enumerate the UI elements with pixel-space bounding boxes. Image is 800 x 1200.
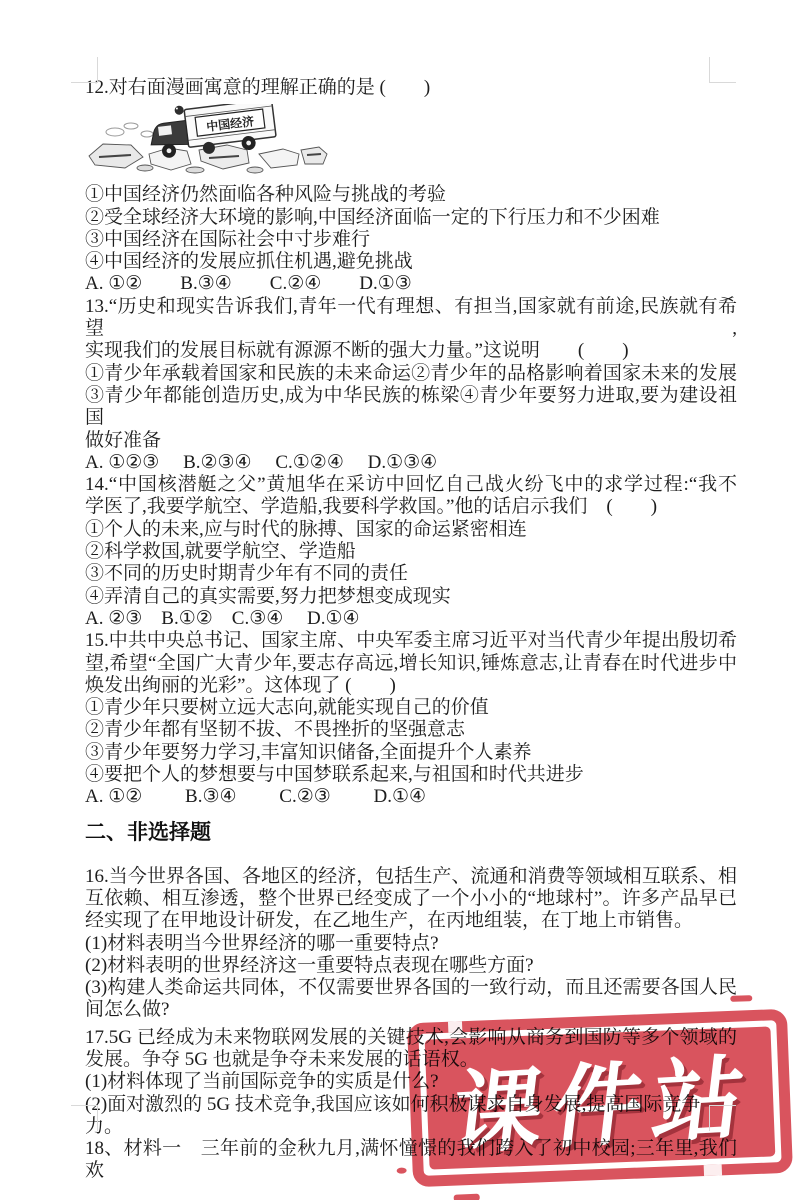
q13-items-line2: ③青少年都能创造历史,成为中华民族的栋梁④青少年要努力进取,要为建设祖国 bbox=[85, 385, 737, 430]
q15-stem-line3: 焕发出绚丽的光彩”。这体现了 ( ) bbox=[85, 675, 737, 697]
q13-items-line1: ①青少年承载着国家和民族的未来命运②青少年的品格影响着国家未来的发展 bbox=[85, 363, 737, 385]
section-2-heading: 二、非选择题 bbox=[85, 818, 737, 848]
q13-items-line3: 做好准备 bbox=[85, 430, 737, 452]
question-12: 12.对右面漫画寓意的理解正确的是 ( ) bbox=[85, 77, 737, 296]
question-14: 14.“中国核潜艇之父”黄旭华在采访中回忆自己战火纷飞中的求学过程:“我不 学医… bbox=[85, 474, 737, 630]
q16-sub-1: (1)材料表明当今世界经济的哪一重要特点? bbox=[85, 933, 737, 955]
q16-body-line1: 16.当今世界各国、各地区的经济，包括生产、流通和消费等领域相互联系、相 bbox=[85, 866, 737, 888]
exam-page: 12.对右面漫画寓意的理解正确的是 ( ) bbox=[0, 0, 800, 1200]
text-boundary-mark-top-left bbox=[71, 57, 98, 83]
q15-stem-line1: 15.中共中央总书记、国家主席、中央军委主席习近平对当代青少年提出殷切希 bbox=[85, 630, 737, 652]
q13-stem-line1: 13.“历史和现实告诉我们,青年一代有理想、有担当,国家就有前途,民族就有希望, bbox=[85, 296, 737, 341]
q12-options: A. ①② B.③④ C.②④ D.①③ bbox=[85, 273, 737, 295]
q14-item-2: ②科学救国,就要学航空、学造船 bbox=[85, 541, 737, 563]
text-boundary-mark-top-right bbox=[709, 57, 736, 83]
q12-stem: 12.对右面漫画寓意的理解正确的是 ( ) bbox=[85, 77, 737, 99]
question-15: 15.中共中央总书记、国家主席、中央军委主席习近平对当代青少年提出殷切希 望,希… bbox=[85, 630, 737, 808]
q12-item-4: ④中国经济的发展应抓住机遇,避免挑战 bbox=[85, 251, 737, 273]
q16-body-line3: 经实现了在甲地设计研发，在乙地生产，在丙地组装，在丁地上市销售。 bbox=[85, 910, 737, 932]
q16-sub-2: (2)材料表明的世界经济这一重要特点表现在哪些方面? bbox=[85, 955, 737, 977]
q14-item-4: ④弄清自己的真实需要,努力把梦想变成现实 bbox=[85, 586, 737, 608]
q12-cartoon: 中国经济 bbox=[85, 99, 737, 184]
q13-options: A. ①②③ B.②③④ C.①②④ D.①③④ bbox=[85, 452, 737, 474]
q15-options: A. ①② B.③④ C.②③ D.①④ bbox=[85, 786, 737, 808]
stamp-text: 课件站 bbox=[438, 1026, 762, 1169]
q16-body-line2: 互依赖、相互渗透，整个世界已经变成了一个小小的“地球村”。许多产品早已 bbox=[85, 888, 737, 910]
q15-stem-line2: 望,希望“全国广大青少年,要志存高远,增长知识,锤炼意志,让青春在时代进步中 bbox=[85, 653, 737, 675]
q14-stem-line1: 14.“中国核潜艇之父”黄旭华在采访中回忆自己战火纷飞中的求学过程:“我不 bbox=[85, 474, 737, 496]
stamp-inner-panel: 课件站 bbox=[425, 1026, 776, 1169]
question-13: 13.“历史和现实告诉我们,青年一代有理想、有担当,国家就有前途,民族就有希望,… bbox=[85, 296, 737, 474]
q14-options: A. ②③ B.①② C.③④ D.①④ bbox=[85, 608, 737, 630]
q15-item-4: ④要把个人的梦想要与中国梦联系起来,与祖国和时代共进步 bbox=[85, 764, 737, 786]
q13-stem-line2: 实现我们的发展目标就有源源不断的强大力量。”这说明 ( ) bbox=[85, 340, 737, 362]
q15-item-1: ①青少年只要树立远大志向,就能实现自己的价值 bbox=[85, 697, 737, 719]
text-boundary-mark-bottom-right bbox=[709, 1105, 736, 1131]
kejianzhan-watermark-stamp: 课件站 bbox=[407, 1009, 793, 1187]
question-16: 16.当今世界各国、各地区的经济，包括生产、流通和消费等领域相互联系、相 互依赖… bbox=[85, 866, 737, 1022]
stamp-ink-splat bbox=[454, 1194, 480, 1200]
q16-sub-3: (3)构建人类命运共同体，不仅需要世界各国的一致行动，而且还需要各国人民 bbox=[85, 977, 737, 999]
stamp-ink-splat bbox=[730, 995, 752, 1002]
q12-item-3: ③中国经济在国际社会中寸步难行 bbox=[85, 229, 737, 251]
q14-item-1: ①个人的未来,应与时代的脉搏、国家的命运紧密相连 bbox=[85, 519, 737, 541]
china-economy-truck-cartoon: 中国经济 bbox=[87, 104, 329, 174]
q15-item-2: ②青少年都有坚韧不拔、不畏挫折的坚强意志 bbox=[85, 719, 737, 741]
q14-item-3: ③不同的历史时期青少年有不同的责任 bbox=[85, 563, 737, 585]
q15-item-3: ③青少年要努力学习,丰富知识储备,全面提升个人素养 bbox=[85, 742, 737, 764]
q12-item-1: ①中国经济仍然面临各种风险与挑战的考验 bbox=[85, 184, 737, 206]
q12-item-2: ②受全球经济大环境的影响,中国经济面临一定的下行压力和不少困难 bbox=[85, 207, 737, 229]
text-boundary-mark-bottom-left bbox=[71, 1105, 98, 1131]
q14-stem-line2: 学医了,我要学航空、学造船,我要科学救国。”他的话启示我们 ( ) bbox=[85, 496, 737, 518]
